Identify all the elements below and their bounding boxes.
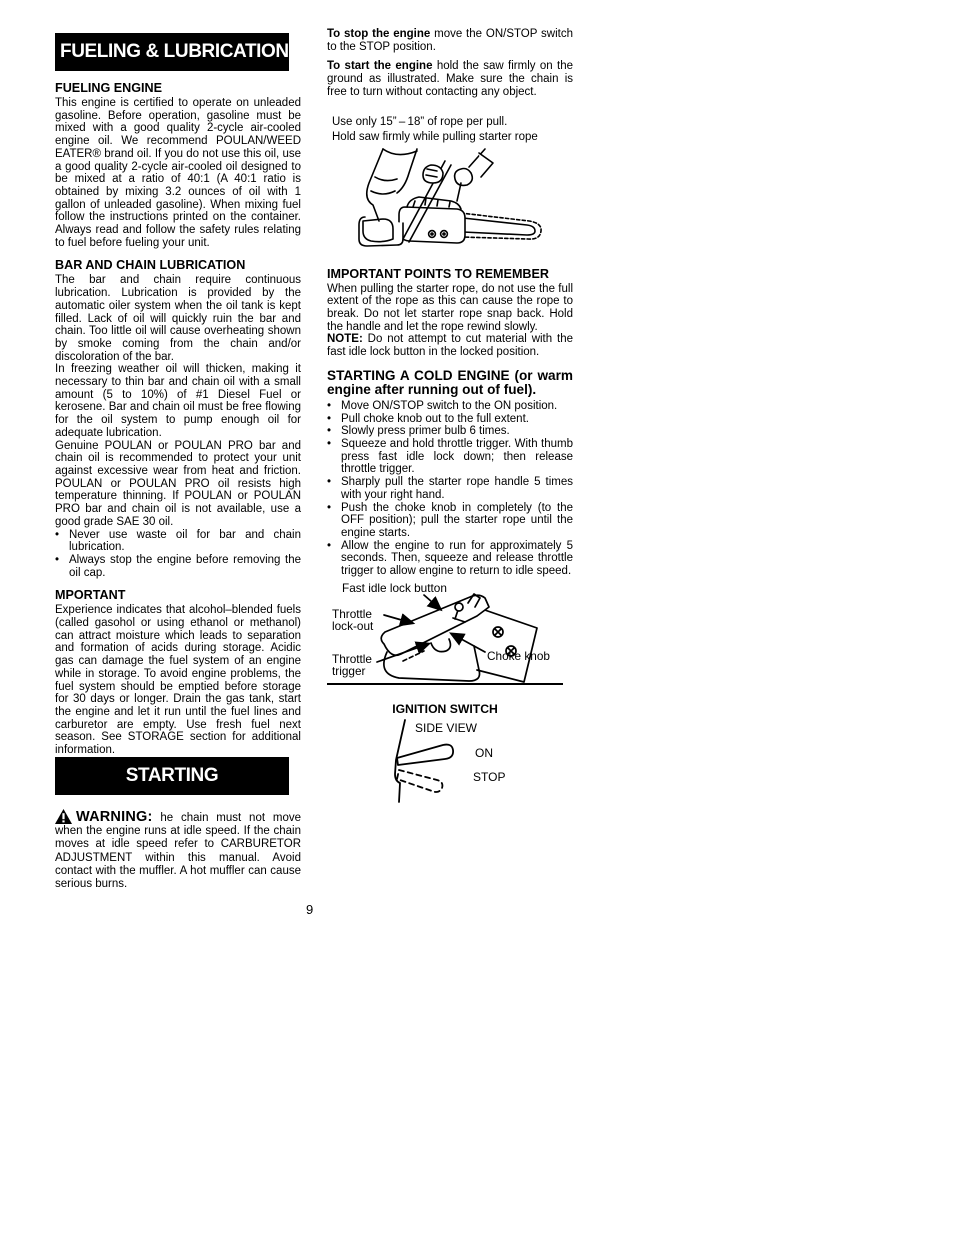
paragraph-note: NOTE: Do not attempt to cut material wit…: [327, 333, 573, 358]
cold-start-steps: •Move ON/STOP switch to the ON position.…: [327, 400, 573, 578]
bullet-marker: •: [327, 400, 335, 413]
note-rest: Do not attempt to cut material with the …: [327, 333, 573, 358]
ignition-stop-label: STOP: [473, 770, 505, 784]
list-item: •Move ON/STOP switch to the ON position.: [327, 400, 573, 413]
stop-engine-lead: To stop the engine: [327, 28, 430, 40]
oil-bullet-list: • Never use waste oil for bar and chain …: [55, 529, 301, 580]
banner-text: STARTING: [126, 765, 219, 786]
warning-label: WARNING:: [76, 809, 153, 825]
rope-tip-block: Use only 15” – 18” of rope per pull. Hol…: [327, 115, 573, 145]
list-item: • Always stop the engine before removing…: [55, 554, 301, 579]
list-item: •Sharply pull the starter rope handle 5 …: [327, 476, 573, 501]
step-text: Move ON/STOP switch to the ON position.: [341, 400, 573, 413]
ignition-switch-figure: IGNITION SWITCH SIDE VIEW ON STOP: [327, 702, 573, 807]
label-throttle-trigger: Throttle trigger: [332, 653, 372, 678]
section-banner-starting: STARTING: [55, 757, 289, 795]
paragraph-bar-chain-3: Genuine POULAN or POULAN PRO bar and cha…: [55, 440, 301, 529]
section-banner-fueling: FUELING & LUBRICATION: [55, 33, 289, 71]
step-text: Push the choke knob in completely (to th…: [341, 502, 573, 540]
ignition-on-label: ON: [475, 746, 493, 760]
paragraph-important: Experience indicates that alcohol–blende…: [55, 604, 301, 756]
rope-tip-line1: Use only 15” – 18” of rope per pull.: [332, 115, 573, 130]
chainsaw-illustration-icon: [353, 147, 549, 257]
chainsaw-starting-illustration: [353, 147, 549, 257]
ignition-switch-icon: [379, 718, 509, 804]
step-text: Squeeze and hold throttle trigger. With …: [341, 438, 573, 476]
list-item: •Push the choke knob in completely (to t…: [327, 502, 573, 540]
paragraph-bar-chain-2: In freezing weather oil will thicken, ma…: [55, 363, 301, 439]
banner-text: FUELING & LUBRICATION: [60, 41, 289, 62]
right-column: To stop the engine move the ON/STOP swit…: [327, 28, 573, 807]
bullet-marker: •: [55, 529, 63, 554]
paragraph-fueling-engine: This engine is certified to operate on u…: [55, 97, 301, 249]
rope-tip-line2: Hold saw firmly while pulling starter ro…: [332, 130, 573, 145]
left-column: FUELING & LUBRICATION FUELING ENGINE Thi…: [55, 33, 301, 757]
bullet-marker: •: [327, 502, 335, 540]
ignition-switch-title: IGNITION SWITCH: [327, 702, 563, 716]
label-choke-knob: Choke knob: [487, 650, 550, 663]
list-item: • Never use waste oil for bar and chain …: [55, 529, 301, 554]
paragraph-start-engine: To start the engine hold the saw firmly …: [327, 60, 573, 98]
bullet-text: Never use waste oil for bar and chain lu…: [69, 529, 301, 554]
paragraph-important-points: When pulling the starter rope, do not us…: [327, 283, 573, 334]
heading-important: MPORTANT: [55, 588, 301, 602]
step-text: Allow the engine to run for approximatel…: [341, 540, 573, 578]
paragraph-bar-chain-1: The bar and chain require continuous lub…: [55, 274, 301, 363]
bullet-marker: •: [327, 413, 335, 426]
label-fast-idle-lock-button: Fast idle lock button: [342, 582, 447, 595]
label-throttle-lockout: Throttle lock-out: [332, 608, 373, 633]
bullet-marker: •: [55, 554, 63, 579]
bullet-marker: •: [327, 425, 335, 438]
paragraph-stop-engine: To stop the engine move the ON/STOP swit…: [327, 28, 573, 53]
bullet-text: Always stop the engine before removing t…: [69, 554, 301, 579]
step-text: Sharply pull the starter rope handle 5 t…: [341, 476, 573, 501]
note-label: NOTE:: [327, 333, 363, 345]
list-item: •Pull choke knob out to the full extent.: [327, 413, 573, 426]
bullet-marker: •: [327, 476, 335, 501]
bullet-marker: •: [327, 438, 335, 476]
heading-important-points: IMPORTANT POINTS TO REMEMBER: [327, 267, 573, 281]
heading-fueling-engine: FUELING ENGINE: [55, 81, 301, 95]
list-item: •Allow the engine to run for approximate…: [327, 540, 573, 578]
step-text: Pull choke knob out to the full extent.: [341, 413, 573, 426]
manual-page: FUELING & LUBRICATION FUELING ENGINE Thi…: [0, 0, 954, 1235]
warning-triangle-icon: [55, 809, 72, 824]
warning-paragraph: WARNING: he chain must not move when the…: [55, 809, 301, 891]
heading-cold-engine: STARTING A COLD ENGINE (or warm engine a…: [327, 369, 573, 398]
handle-controls-diagram: Fast idle lock button Throttle lock-out …: [327, 582, 573, 690]
page-number: 9: [306, 902, 313, 917]
bullet-marker: •: [327, 540, 335, 578]
step-text: Slowly press primer bulb 6 times.: [341, 425, 573, 438]
section-divider: [327, 683, 563, 685]
list-item: •Slowly press primer bulb 6 times.: [327, 425, 573, 438]
starting-section: STARTING WARNING: he chain must not move…: [55, 757, 301, 891]
start-engine-lead: To start the engine: [327, 60, 432, 72]
heading-bar-chain: BAR AND CHAIN LUBRICATION: [55, 258, 301, 272]
list-item: •Squeeze and hold throttle trigger. With…: [327, 438, 573, 476]
